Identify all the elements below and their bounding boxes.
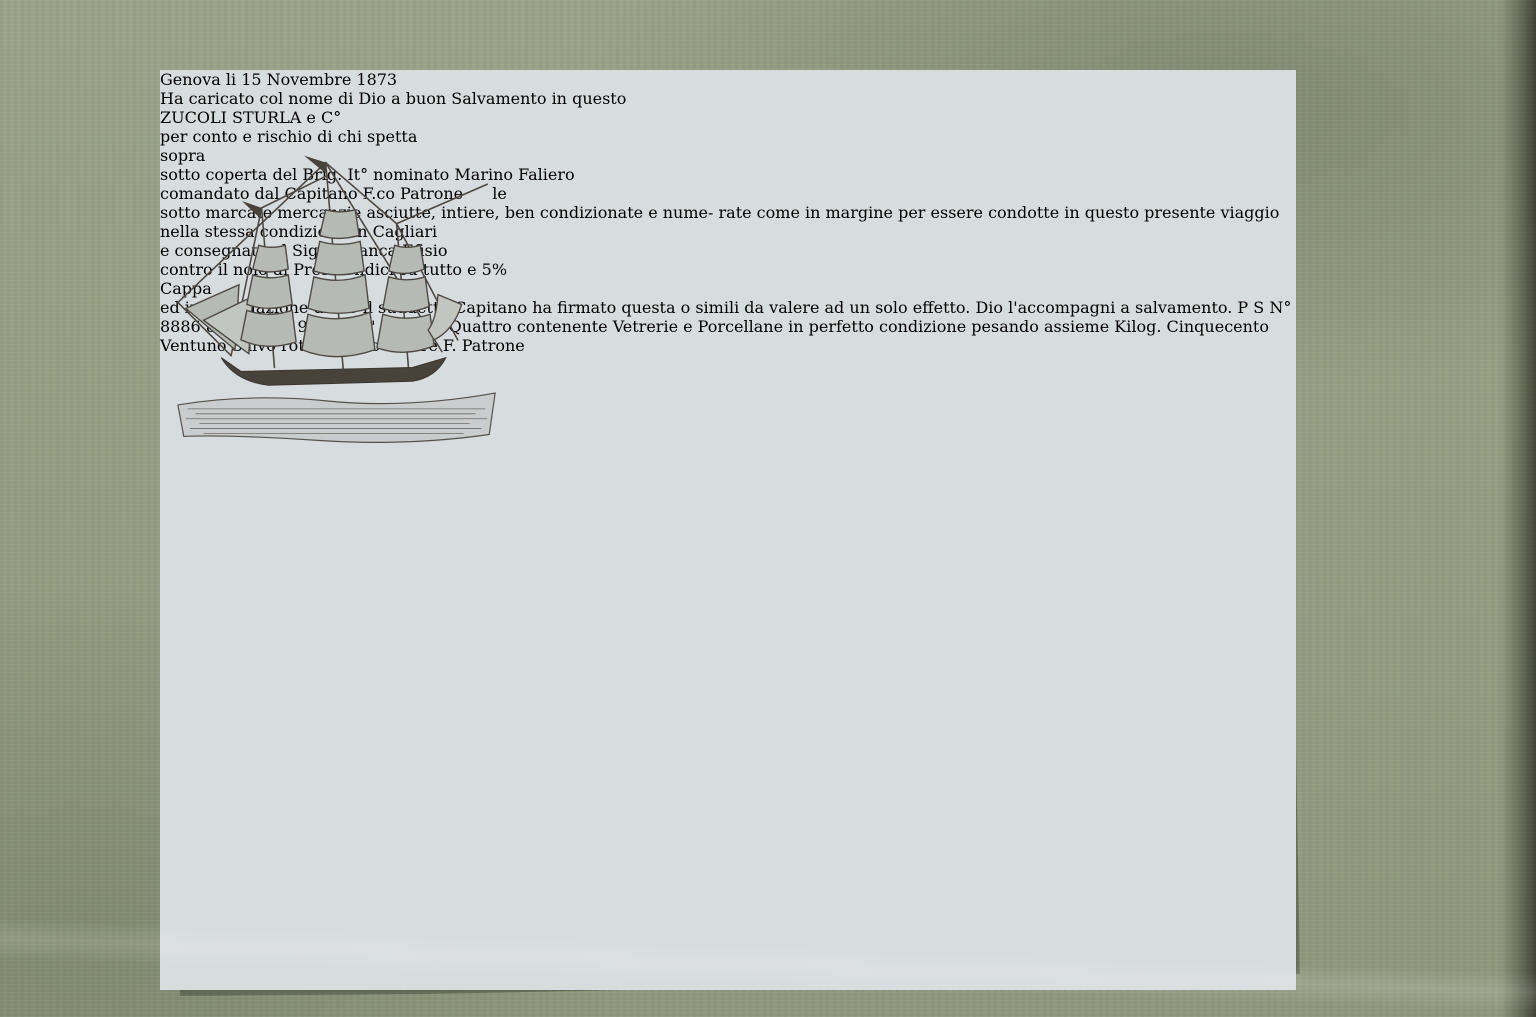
printed-line-12: simili da valere ad un solo effetto. Dio… [695, 298, 1232, 317]
dateline: Genova li 15 Novembre 1873 [160, 70, 1296, 89]
printed-ha: Ha [160, 89, 184, 108]
document-paper: Genova li 15 Novembre 1873 Ha caricato c… [160, 70, 1296, 990]
ship-engraving [170, 142, 505, 457]
numbers-label: N° [1269, 298, 1291, 317]
dateline-li: li [226, 70, 236, 89]
dateline-place: Genova [160, 70, 221, 89]
margin-monogram: P S [1237, 298, 1264, 317]
company-stamp: ZUCOLI STURLA e C° [160, 108, 1296, 127]
printed-line-1: caricato col nome di Dio a buon Salvamen… [189, 89, 627, 108]
cargo-line-2: e Porcellane in perfetto condizione [683, 317, 966, 336]
printed-line-6: rate come in margine per essere condotte… [719, 203, 1280, 222]
frame-shadow-right [1500, 0, 1536, 1017]
dateline-date: 15 Novembre 1873 [241, 70, 397, 89]
photo-background: Genova li 15 Novembre 1873 Ha caricato c… [0, 0, 1536, 1017]
cargo-line-3: pesando assieme Kilog. Cinquecento [971, 317, 1269, 336]
